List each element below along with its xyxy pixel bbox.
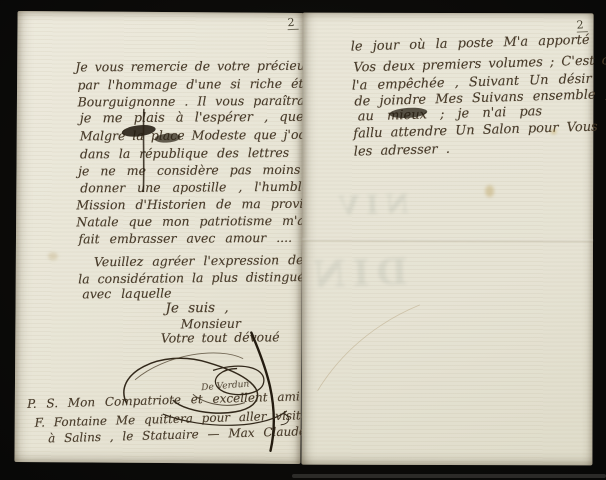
- bleedthrough-ghost-upper: NIV: [332, 190, 410, 222]
- handwriting-line: la considération la plus distinguée: [78, 269, 312, 286]
- handwriting-line: donner une apostille , l'humble: [80, 179, 309, 196]
- paper-stain: [485, 185, 494, 197]
- handwriting-line: le jour où la poste M'a apporté: [351, 33, 590, 55]
- paper-stain: [48, 252, 58, 260]
- handwriting-line: Mission d'Historien de ma province: [76, 196, 326, 213]
- scan-edge-strip: [292, 474, 606, 478]
- fold-crease: [302, 239, 593, 243]
- left-page: 2 Je vous remercie de votre précieux env…: [14, 11, 303, 464]
- handwriting-line: dans la république des lettres: [80, 145, 289, 161]
- paper-stain: [551, 129, 556, 134]
- handwriting-line: les adresser .: [354, 142, 451, 160]
- handwriting-line: fait embrasser avec amour ....: [78, 230, 292, 246]
- handwriting-line: par l'hommage d'une si riche étude: [77, 76, 327, 93]
- scan-background: 2 Je vous remercie de votre précieux env…: [0, 0, 606, 480]
- right-page: 2 le jour où la poste M'a apporté Vos de…: [301, 13, 593, 466]
- handwriting-line: P. S. Mon Compatriote et excellent ami: [27, 389, 300, 411]
- handwriting-line: Malgré la place Modeste que j'occupe: [80, 127, 336, 144]
- handwriting-line: Bourguignonne . Il vous paraîtra ,: [78, 93, 318, 110]
- handwriting-line: avec laquelle: [82, 285, 171, 301]
- handwriting-line: Natale que mon patriotisme m'a: [76, 213, 305, 230]
- handwriting-line: Votre tout dévoué: [161, 329, 280, 345]
- bleedthrough-ghost-lower: DIN: [305, 251, 408, 296]
- handwriting-line: je me plais à l'espérer , que: [80, 110, 304, 127]
- page-number-right: 2: [576, 19, 588, 33]
- handwriting-line: Veuillez agréer l'expression de: [94, 252, 304, 269]
- handwriting-line: je ne me considère pas moins: [78, 162, 300, 179]
- handwriting-line: Je suis ,: [165, 300, 228, 317]
- page-number-left: 2: [287, 17, 298, 30]
